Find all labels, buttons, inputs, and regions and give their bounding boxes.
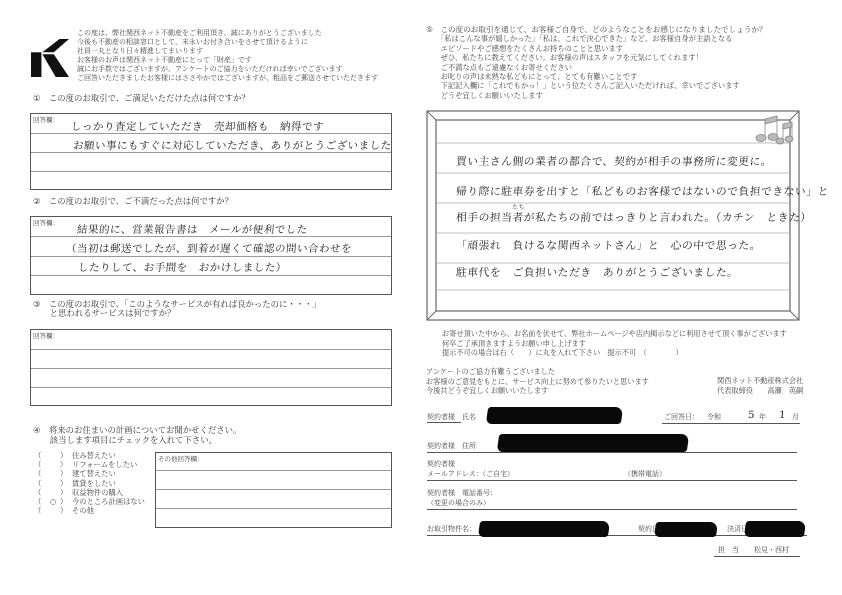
option-label: 住み替えたい: [72, 451, 116, 460]
music-notes-icon: [754, 114, 794, 146]
q5-answer-line: 「頑張れ 負けるな関西ネットさん」と 心の中で思った。: [455, 238, 761, 253]
check-mark[interactable]: [46, 451, 60, 460]
property-label: お取引物件名：: [427, 525, 476, 534]
option-label: 収益物件の購入: [72, 488, 123, 497]
check-mark[interactable]: [46, 460, 60, 469]
q3-answer-box[interactable]: 回答欄：: [30, 329, 392, 406]
q5-question: ⑤ この度のお取引を通じて、お客様ご自身で、どのようなことをお感じになりましたで…: [426, 25, 767, 100]
phone-label-1: 契約者様 電話番号：: [427, 489, 497, 498]
intro-line: この度は、弊社関西ネット不動産をご利用頂き、誠にありがとうございました: [77, 29, 378, 38]
q3-question: ③ この度のお取引で、「このようなサービスが有れば良かったのに・・・」 と思われ…: [33, 300, 321, 318]
staff-value: 松見・西村: [754, 546, 789, 555]
q5-answer-line: 相手の担当者が私たちの前ではっきりと言われた。（カチン ときた）: [455, 210, 812, 225]
company-signature: 関西ネット不動産株式会社 代表取締役 高瀬 英嗣: [717, 376, 803, 395]
email-mobile-label: （携帯電話）: [624, 470, 666, 479]
address-redacted: [497, 434, 690, 452]
q2-question: ② この度のお取引で、ご不満だった点は何ですか？: [33, 196, 233, 206]
q5-answer-line: 駐車代を ご負担いただき ありがとうございました。: [455, 265, 738, 280]
option-row[interactable]: （）リフォームをしたい: [34, 460, 145, 469]
q4-options: （）住み替えたい （）リフォームをしたい （）建て替えたい （）賃貸をしたい （…: [34, 451, 145, 515]
q2-answer-line: 結果的に、営業報告書は メールが便利でした: [76, 222, 308, 237]
answer-label: 回答欄：: [33, 218, 59, 227]
email-field[interactable]: メールアドレス： （ご自宅） （携帯電話）: [427, 470, 797, 481]
other-label: その他回答欄：: [158, 454, 204, 463]
staff-row: 担 当 松見・西村: [714, 546, 800, 557]
option-row[interactable]: （）住み替えたい: [34, 451, 145, 460]
intro-line: お客様のお声は関西ネット不動産にとって「財産」です: [77, 56, 378, 65]
staff-label: 担 当: [718, 546, 739, 555]
q1-answer-line: しっかり査定していただき 売却価格も 納得です: [70, 119, 324, 134]
q2-answer-box: 回答欄： 結果的に、営業報告書は メールが便利でした （当初は郵送でしたが、到着…: [30, 216, 392, 295]
q2-answer-line: （当初は郵送でしたが、到着が遅くて確認の問い合わせを: [65, 241, 352, 256]
option-row[interactable]: （○）今のところ計画はない: [34, 497, 145, 506]
year-value: 5: [748, 410, 756, 421]
intro-text: この度は、弊社関西ネット不動産をご利用頂き、誠にありがとうございました 今後も不…: [77, 29, 378, 83]
q5-answer-line: 買い主さん側の業者の都合で、契約が相手の事務所に変更に。: [455, 154, 772, 169]
check-mark[interactable]: ○: [46, 497, 60, 506]
answer-label: 回答欄：: [33, 331, 59, 340]
q1-question: ① この度のお取引で、ご満足いただけた点は何ですか？: [33, 93, 250, 103]
option-row[interactable]: （）建て替えたい: [34, 469, 145, 478]
name-label: 契約者様 氏名: [427, 413, 461, 423]
phone-field[interactable]: （変更の場合のみ）: [427, 499, 797, 510]
option-label: 今のところ計画はない: [72, 497, 145, 506]
intro-line: 誠にお手数ではございますが、アンケートのご協力をいただければ幸いでございます: [77, 65, 378, 74]
option-label: 賃貸をしたい: [72, 479, 116, 488]
property-redacted: [478, 521, 610, 537]
q5-answer-line: 帰り際に駐車券を出すと「私どものお客様ではないので負担できない」と: [455, 184, 829, 199]
intro-line: ご回答いただきましたお客様にはささやかではございますが、粗品をご郵送させていただ…: [77, 74, 378, 83]
q2-answer-line: したりして、お手間を おかけしました）: [77, 260, 287, 275]
answer-label: 回答欄：: [33, 115, 59, 124]
month-value: 1: [779, 410, 787, 421]
q4-other-box[interactable]: その他回答欄：: [155, 452, 392, 528]
consent-notice: お寄せ頂いた中から、お名前を伏せて、弊社ホームページや店内掲示などに利用させて頂…: [442, 329, 787, 358]
intro-line: 今後も不動産の相談窓口として、末永いお付き合いをさせて頂けるように: [77, 38, 378, 47]
contract-date-redacted: [654, 522, 718, 537]
check-mark[interactable]: [46, 469, 60, 478]
check-mark[interactable]: [46, 479, 60, 488]
q1-answer-box: 回答欄： しっかり査定していただき 売却価格も 納得です お願い事にもすぐに対応…: [30, 113, 392, 190]
thanks-message: アンケートのご協力有難うございました お客様のご意見をもとに、サービス向上に努め…: [426, 367, 649, 396]
name-redacted[interactable]: [486, 407, 623, 424]
answer-date-field[interactable]: ご回答日： 令和 5 年 1 月: [662, 413, 800, 424]
kansai-net-k-logo: [31, 39, 69, 77]
q5-answer-frame: 買い主さん側の業者の都合で、契約が相手の事務所に変更に。 帰り際に駐車券を出すと…: [426, 110, 800, 321]
check-mark[interactable]: [46, 488, 60, 497]
email-label-1: 契約者様: [427, 460, 455, 469]
settlement-date-redacted: [744, 521, 806, 537]
email-home-label: （ご自宅）: [479, 470, 514, 479]
option-label: リフォームをしたい: [72, 460, 137, 469]
option-row[interactable]: （）収益物件の購入: [34, 488, 145, 497]
option-row[interactable]: （）賃貸をしたい: [34, 479, 145, 488]
q4-question: ④ 将来のお住まいの計画についてお聞かせください。 該当します項目にチェックを入…: [33, 425, 241, 445]
intro-line: 社員一丸となり日々精進してまいります: [77, 47, 378, 56]
q1-answer-line: お願い事にもすぐに対応していただき、ありがとうございました: [72, 138, 392, 153]
check-mark[interactable]: [46, 506, 60, 515]
option-label: 建て替えたい: [72, 469, 116, 478]
option-label: その他: [72, 506, 94, 515]
option-row[interactable]: （）その他: [34, 506, 145, 515]
